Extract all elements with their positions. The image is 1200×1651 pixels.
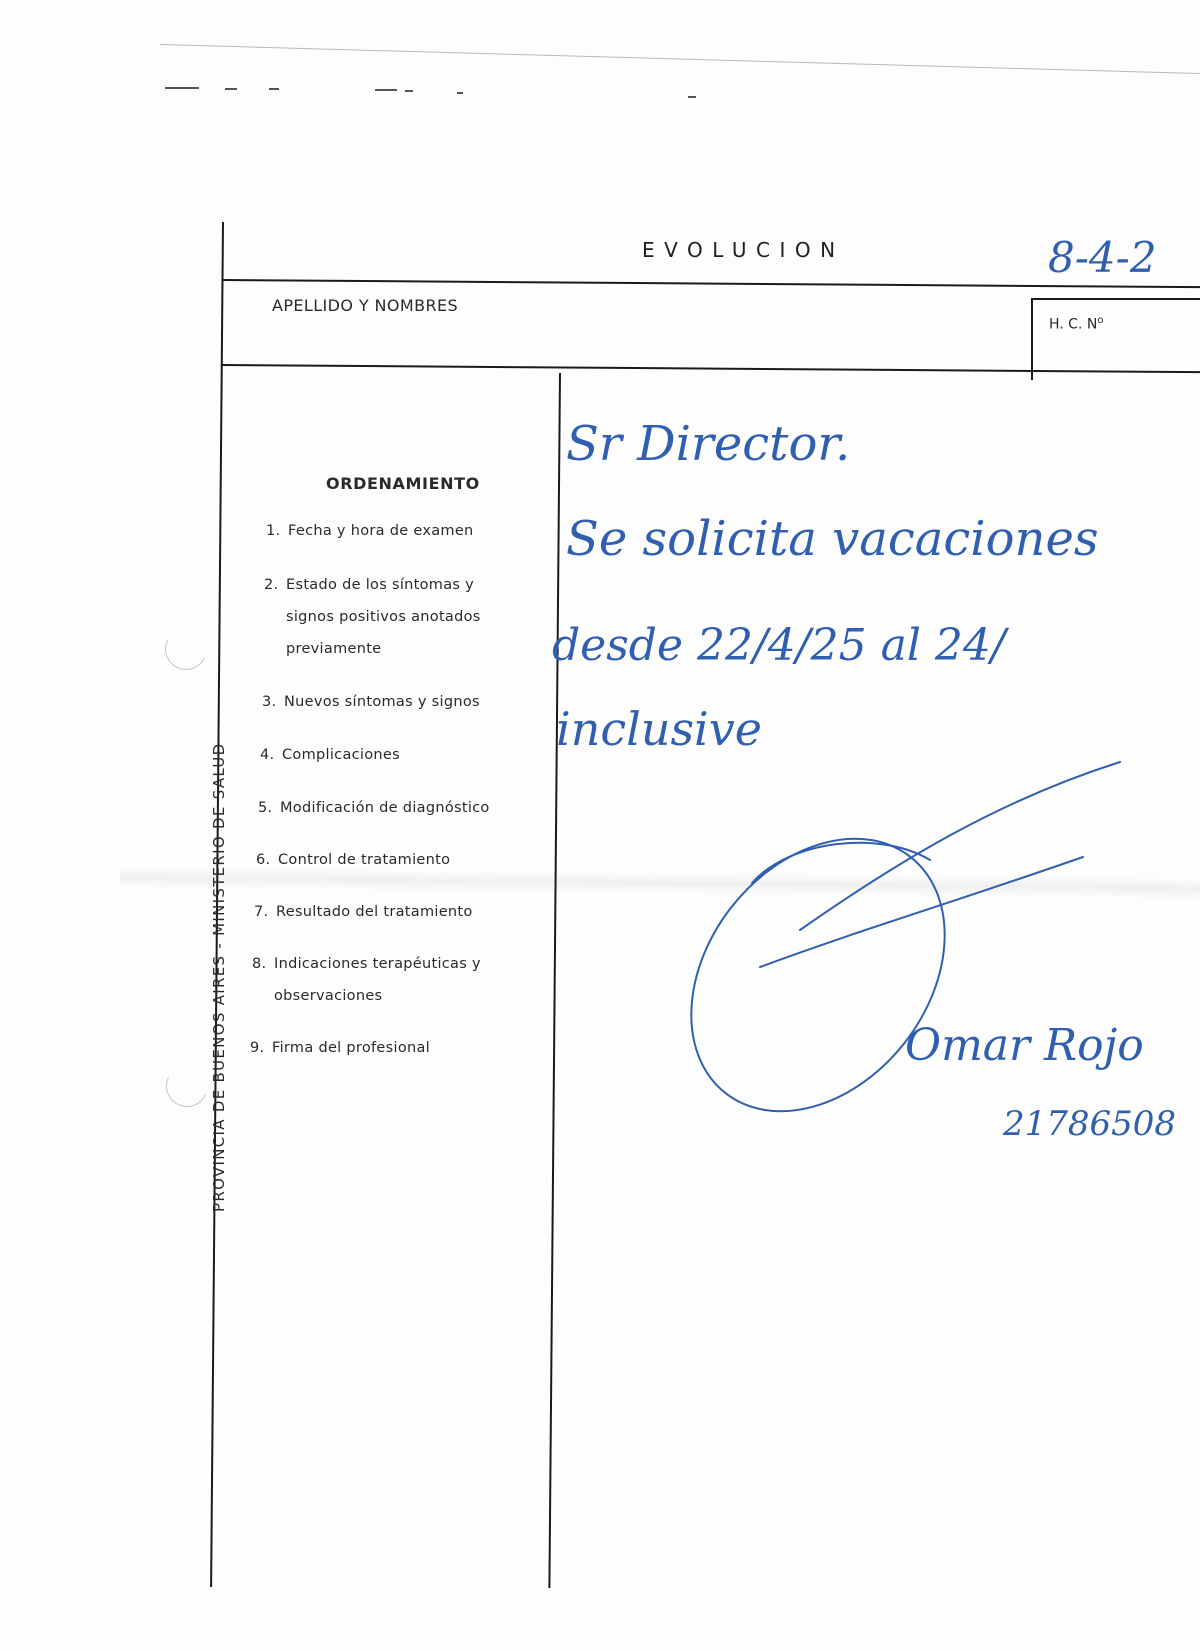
item-text: Firma del profesional (272, 1040, 430, 1056)
item-number: 9. (250, 1032, 272, 1064)
item-text: Control de tratamiento (278, 852, 450, 868)
item-number: 1. (266, 515, 288, 547)
item-number: 8. (252, 948, 274, 980)
item-number: 6. (256, 844, 278, 876)
item-number: 5. (258, 792, 280, 824)
item-text: Resultado del tratamiento (276, 904, 473, 920)
item-text: Fecha y hora de examen (288, 523, 474, 539)
ordenamiento-item: 3.Nuevos síntomas y signos (262, 686, 480, 718)
ordenamiento-item: 9.Firma del profesional (250, 1032, 430, 1064)
ordenamiento-item: 4.Complicaciones (260, 739, 400, 771)
handwritten-line: Sr Director. (566, 416, 850, 472)
item-number: 3. (262, 686, 284, 718)
form-title: EVOLUCION (642, 238, 845, 262)
form-header-rule (222, 279, 1200, 288)
form-hc-divider (1031, 298, 1033, 380)
form-name-rule (222, 364, 1200, 373)
name-field-label: APELLIDO Y NOMBRES (272, 296, 458, 315)
punch-hole-mark (159, 622, 213, 676)
ordenamiento-item: 6.Control de tratamiento (256, 844, 450, 876)
handwritten-date: 8-4-2 (1048, 233, 1157, 282)
signature-number: 21786508 (1002, 1104, 1176, 1144)
signature-scribble (639, 762, 1120, 1161)
ordenamiento-item: 2.Estado de los síntomas ysignos positiv… (264, 569, 481, 665)
handwritten-annotations: 8-4-2 Sr Director. Se solicita vacacione… (0, 0, 1200, 1651)
item-text-continuation: observaciones (252, 980, 481, 1012)
hc-label-sup: o (1097, 315, 1103, 326)
item-text-continuation: signos positivos anotados (264, 601, 481, 633)
handwritten-line: desde 22/4/25 al 24/ (552, 620, 1010, 671)
ordenamiento-item: 1.Fecha y hora de examen (266, 515, 474, 547)
ordenamiento-item: 7.Resultado del tratamiento (254, 896, 473, 928)
hc-label-text: H. C. N (1049, 317, 1097, 333)
punch-hole-mark (160, 1059, 214, 1113)
item-text: Complicaciones (282, 747, 400, 763)
ordenamiento-item: 8.Indicaciones terapéuticas yobservacion… (252, 948, 481, 1012)
signature-name: Omar Rojo (905, 1020, 1144, 1071)
handwritten-line: inclusive (556, 702, 762, 756)
hc-number-label: H. C. No (1049, 315, 1103, 333)
item-text: Indicaciones terapéuticas y (274, 956, 481, 972)
form-column-divider (548, 373, 561, 1588)
item-text: Estado de los síntomas y (286, 577, 474, 593)
item-text-continuation: previamente (264, 633, 481, 665)
item-number: 2. (264, 569, 286, 601)
organization-vertical-label: PROVINCIA DE BUENOS AIRES - MINISTERIO D… (210, 743, 228, 1212)
ordenamiento-title: ORDENAMIENTO (326, 474, 480, 493)
scan-specks (165, 87, 725, 99)
scan-artifact-line (160, 44, 1200, 74)
item-text: Modificación de diagnóstico (280, 800, 490, 816)
ordenamiento-item: 5.Modificación de diagnóstico (258, 792, 490, 824)
item-text: Nuevos síntomas y signos (284, 694, 480, 710)
item-number: 7. (254, 896, 276, 928)
handwritten-line: Se solicita vacaciones (566, 511, 1099, 567)
item-number: 4. (260, 739, 282, 771)
form-hc-rule (1031, 298, 1200, 300)
